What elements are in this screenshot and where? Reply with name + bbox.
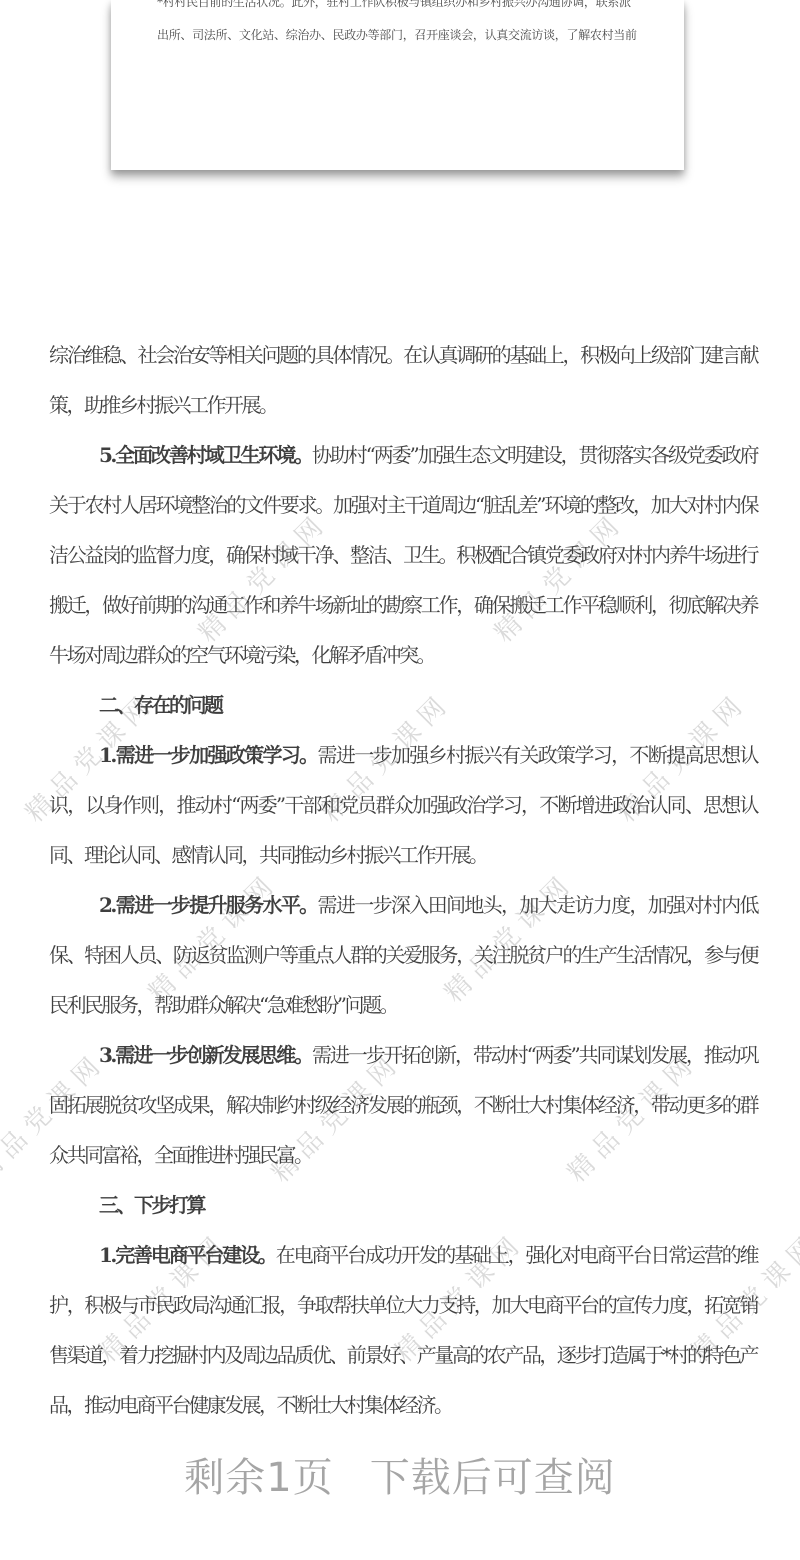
previous-page-line: 出所、司法所、文化站、综治办、民政办等部门，召开座谈会，认真交流访谈，了解农村当… — [157, 19, 638, 52]
paragraph-lead-bold: 1.完善电商平台建设。 — [99, 1243, 276, 1267]
paragraph: 5.全面改善村域卫生环境。协助村“两委”加强生态文明建设，贯彻落实各级党委政府关… — [49, 430, 757, 680]
paragraph: 1.需进一步加强政策学习。需进一步加强乡村振兴有关政策学习，不断提高思想认识，以… — [49, 730, 757, 880]
paragraph: 3.需进一步创新发展思维。需进一步开拓创新，带动村“两委”共同谋划发展，推动巩固… — [49, 1030, 757, 1180]
paragraph-lead-bold: 2.需进一步提升服务水平。 — [99, 893, 318, 917]
previous-page-text: *村村民目前的生活状况。此外，驻村工作队积极与镇组织办和乡村振兴办沟通协调，联系… — [111, 0, 684, 52]
section-heading: 二、存在的问题 — [49, 680, 757, 730]
paragraph-lead-bold: 3.需进一步创新发展思维。 — [99, 1043, 312, 1067]
paragraph-lead-bold: 三、下步打算 — [99, 1193, 204, 1217]
remaining-pages-bar[interactable]: 剩余1页下载后可查阅 — [0, 1452, 800, 1504]
document-body: 综治维稳、社会治安等相关问题的具体情况。在认真调研的基础上，积极向上级部门建言献… — [49, 330, 757, 1430]
section-heading: 三、下步打算 — [49, 1180, 757, 1230]
paragraph-text: 在电商平台成功开发的基础上，强化对电商平台日常运营的维护，积极与市民政局沟通汇报… — [49, 1243, 757, 1417]
download-hint-label: 下载后可查阅 — [370, 1455, 616, 1501]
paragraph: 1.完善电商平台建设。在电商平台成功开发的基础上，强化对电商平台日常运营的维护，… — [49, 1230, 757, 1430]
previous-page-preview: *村村民目前的生活状况。此外，驻村工作队积极与镇组织办和乡村振兴办沟通协调，联系… — [111, 0, 684, 170]
paragraph-text: 综治维稳、社会治安等相关问题的具体情况。在认真调研的基础上，积极向上级部门建言献… — [49, 343, 757, 417]
paragraph-lead-bold: 5.全面改善村域卫生环境。 — [99, 443, 312, 467]
paragraph-lead-bold: 二、存在的问题 — [99, 693, 222, 717]
paragraph: 2.需进一步提升服务水平。需进一步深入田间地头，加大走访力度，加强对村内低保、特… — [49, 880, 757, 1030]
paragraph-lead-bold: 1.需进一步加强政策学习。 — [99, 743, 318, 767]
paragraph: 综治维稳、社会治安等相关问题的具体情况。在认真调研的基础上，积极向上级部门建言献… — [49, 330, 757, 430]
remaining-pages-label: 剩余1页 — [184, 1455, 333, 1501]
previous-page-line: *村村民目前的生活状况。此外，驻村工作队积极与镇组织办和乡村振兴办沟通协调，联系… — [157, 0, 638, 19]
paragraph-text: 协助村“两委”加强生态文明建设，贯彻落实各级党委政府关于农村人居环境整治的文件要… — [49, 443, 757, 667]
